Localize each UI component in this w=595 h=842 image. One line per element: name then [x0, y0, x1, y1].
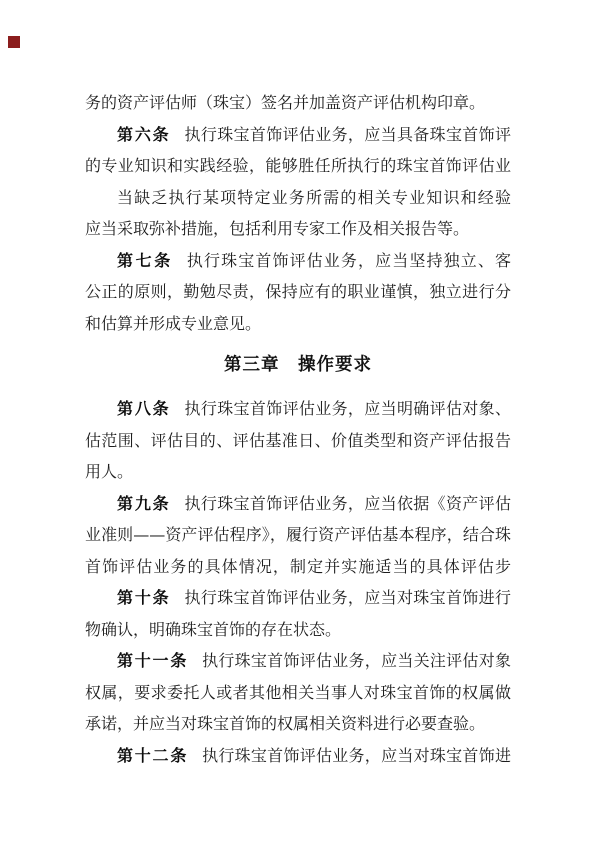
- body-text-lower: 第八条执行珠宝首饰评估业务，应当明确评估对象、评估范围、评估目的、评估基准日、价…: [85, 393, 511, 771]
- article-number-label: 第七条: [117, 251, 173, 270]
- article-number-label: 第十一条: [117, 651, 188, 670]
- line-text: 用人。: [85, 462, 133, 481]
- text-line: 用人。: [85, 456, 511, 488]
- text-line: 权属，要求委托人或者其他相关当事人对珠宝首饰的权属做出: [85, 677, 511, 709]
- line-text: 和估算并形成专业意见。: [85, 314, 261, 333]
- text-line: 应当采取弥补措施，包括利用专家工作及相关报告等。: [85, 213, 511, 245]
- line-text: 业准则——资产评估程序》，履行资产评估基本程序，结合珠宝: [85, 525, 511, 551]
- text-line: 第七条执行珠宝首饰评估业务，应当坚持独立、客观、: [85, 245, 511, 277]
- line-text: 公正的原则，勤勉尽责，保持应有的职业谨慎，独立进行分析: [85, 282, 511, 308]
- document-page: 务的资产评估师（珠宝）签名并加盖资产评估机构印章。第六条执行珠宝首饰评估业务，应…: [0, 0, 595, 842]
- text-line: 首饰评估业务的具体情况，制定并实施适当的具体评估步骤。: [85, 551, 511, 583]
- article-number-label: 第十条: [117, 588, 171, 607]
- text-line: 第十条执行珠宝首饰评估业务，应当对珠宝首饰进行实: [85, 582, 511, 614]
- text-line: 业准则——资产评估程序》，履行资产评估基本程序，结合珠宝: [85, 519, 511, 551]
- text-line: 和估算并形成专业意见。: [85, 308, 511, 340]
- body-text-upper: 务的资产评估师（珠宝）签名并加盖资产评估机构印章。第六条执行珠宝首饰评估业务，应…: [85, 87, 511, 339]
- article-number-label: 第十二条: [117, 746, 188, 765]
- text-line: 第六条执行珠宝首饰评估业务，应当具备珠宝首饰评估: [85, 119, 511, 151]
- text-line: 当缺乏执行某项特定业务所需的相关专业知识和经验时，: [85, 182, 511, 214]
- text-line: 的专业知识和实践经验，能够胜任所执行的珠宝首饰评估业务。: [85, 150, 511, 182]
- text-line: 第十二条执行珠宝首饰评估业务，应当对珠宝首饰进行: [85, 740, 511, 772]
- red-stamp-marker: [8, 36, 20, 48]
- article-number-label: 第八条: [117, 399, 171, 418]
- line-text: 承诺，并应当对珠宝首饰的权属相关资料进行必要查验。: [85, 714, 485, 733]
- text-line: 务的资产评估师（珠宝）签名并加盖资产评估机构印章。: [85, 87, 511, 119]
- line-text: 应当采取弥补措施，包括利用专家工作及相关报告等。: [85, 219, 469, 238]
- chapter-heading: 第三章 操作要求: [85, 347, 511, 383]
- text-line: 第十一条执行珠宝首饰评估业务，应当关注评估对象的: [85, 645, 511, 677]
- line-text: 务的资产评估师（珠宝）签名并加盖资产评估机构印章。: [85, 93, 485, 112]
- article-number-label: 第九条: [117, 494, 171, 513]
- line-text: 权属，要求委托人或者其他相关当事人对珠宝首饰的权属做出: [85, 683, 511, 709]
- text-line: 承诺，并应当对珠宝首饰的权属相关资料进行必要查验。: [85, 708, 511, 740]
- text-line: 第九条执行珠宝首饰评估业务，应当依据《资产评估执: [85, 488, 511, 520]
- line-text: 的专业知识和实践经验，能够胜任所执行的珠宝首饰评估业务。: [85, 156, 511, 182]
- line-text: 首饰评估业务的具体情况，制定并实施适当的具体评估步骤。: [85, 557, 511, 583]
- line-text: 物确认，明确珠宝首饰的存在状态。: [85, 620, 341, 639]
- article-number-label: 第六条: [117, 125, 171, 144]
- text-line: 物确认，明确珠宝首饰的存在状态。: [85, 614, 511, 646]
- text-line: 公正的原则，勤勉尽责，保持应有的职业谨慎，独立进行分析: [85, 276, 511, 308]
- document-text-block: 务的资产评估师（珠宝）签名并加盖资产评估机构印章。第六条执行珠宝首饰评估业务，应…: [85, 87, 511, 771]
- text-line: 第八条执行珠宝首饰评估业务，应当明确评估对象、评: [85, 393, 511, 425]
- text-line: 估范围、评估目的、评估基准日、价值类型和资产评估报告使: [85, 425, 511, 457]
- line-text: 估范围、评估目的、评估基准日、价值类型和资产评估报告使: [85, 431, 511, 457]
- line-text: 当缺乏执行某项特定业务所需的相关专业知识和经验时，: [85, 188, 511, 214]
